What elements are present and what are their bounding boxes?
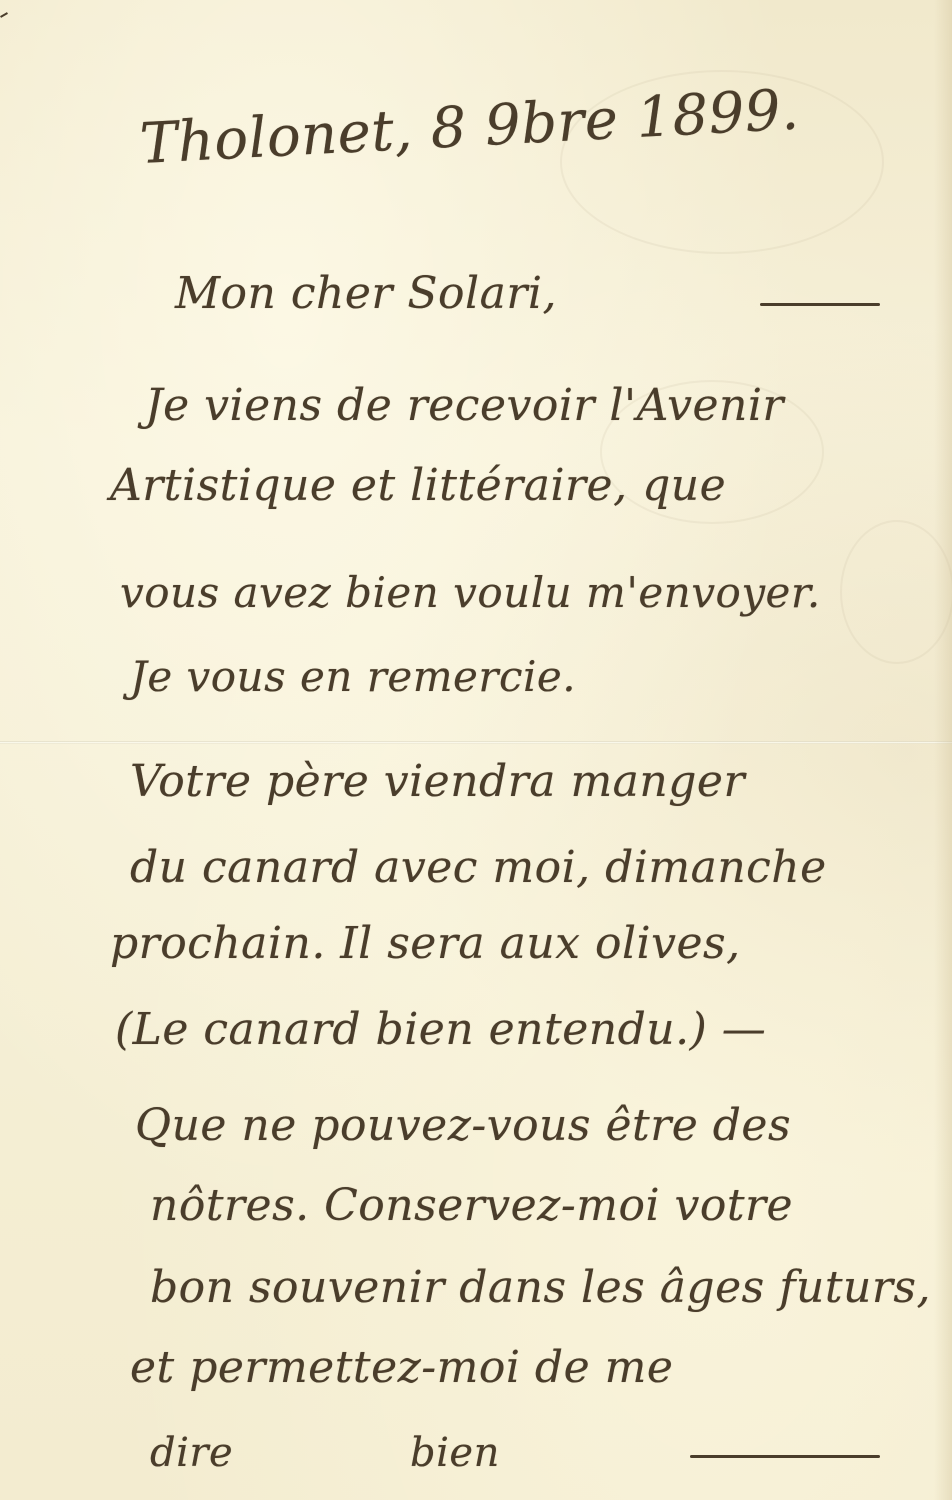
letter-line: Votre père viendra manger bbox=[130, 756, 745, 807]
letter-line: dire bbox=[150, 1430, 233, 1476]
salutation-dash bbox=[760, 303, 880, 306]
letter-line: du canard avec moi, dimanche bbox=[130, 842, 827, 893]
letter-line: prochain. Il sera aux olives, bbox=[110, 918, 741, 969]
letter-page: Tholonet, 8 9bre 1899. Mon cher Solari, … bbox=[0, 0, 952, 1500]
paper-fold-line bbox=[0, 741, 952, 744]
closing-dash bbox=[690, 1455, 880, 1458]
letter-line: Artistique et littéraire, que bbox=[110, 460, 726, 511]
paper-edge-shadow bbox=[934, 0, 952, 1500]
letter-line: et permettez-moi de me bbox=[130, 1342, 673, 1393]
letter-line: Je vous en remercie. bbox=[130, 652, 576, 701]
letter-line: Je viens de recevoir l'Avenir bbox=[145, 380, 784, 431]
ink-mark bbox=[0, 12, 8, 18]
dateline: Tholonet, 8 9bre 1899. bbox=[138, 78, 801, 177]
letter-line: nôtres. Conservez-moi votre bbox=[150, 1180, 793, 1231]
letter-line: vous avez bien voulu m'envoyer. bbox=[120, 568, 821, 617]
salutation: Mon cher Solari, bbox=[175, 268, 557, 319]
letter-line: bien bbox=[410, 1430, 500, 1476]
letter-line: (Le canard bien entendu.) — bbox=[115, 1004, 766, 1055]
letter-line: bon souvenir dans les âges futurs, bbox=[150, 1262, 931, 1313]
letter-line: Que ne pouvez-vous être des bbox=[135, 1100, 791, 1151]
